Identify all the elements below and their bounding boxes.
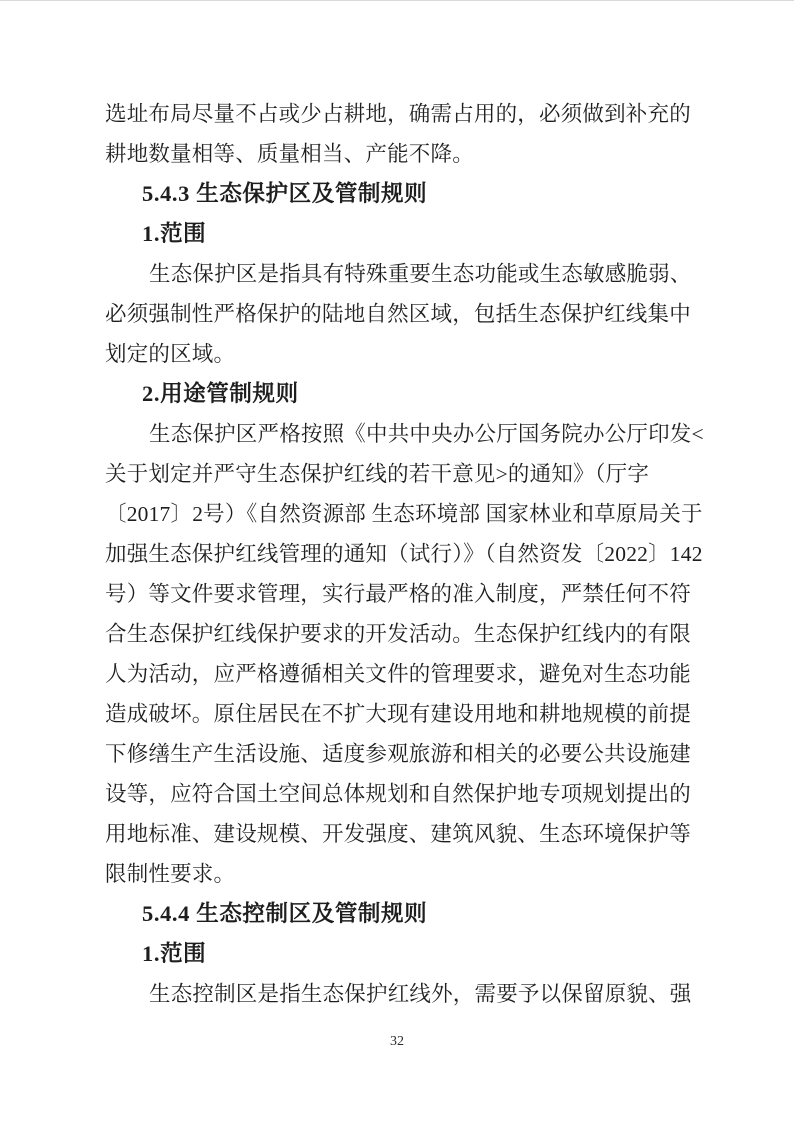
text-line: 限制性要求。 <box>105 854 695 894</box>
document-body: 选址布局尽量不占或少占耕地，确需占用的，必须做到补充的耕地数量相等、质量相当、产… <box>105 94 695 1014</box>
text-line: 用地标准、建设规模、开发强度、建筑风貌、生态环境保护等 <box>105 814 695 854</box>
text-line: 加强生态保护红线管理的通知（试行）》（自然资发〔2022〕142 <box>105 534 695 574</box>
text-line: 划定的区域。 <box>105 334 695 374</box>
section-heading: 2.用途管制规则 <box>105 374 695 414</box>
text-line: 必须强制性严格保护的陆地自然区域，包括生态保护红线集中 <box>105 294 695 334</box>
text-line: 下修缮生产生活设施、适度参观旅游和相关的必要公共设施建 <box>105 734 695 774</box>
section-heading: 5.4.3 生态保护区及管制规则 <box>105 174 695 214</box>
text-line: 选址布局尽量不占或少占耕地，确需占用的，必须做到补充的 <box>105 94 695 134</box>
text-line: 耕地数量相等、质量相当、产能不降。 <box>105 134 695 174</box>
section-heading: 1.范围 <box>105 214 695 254</box>
text-line: 设等，应符合国土空间总体规划和自然保护地专项规划提出的 <box>105 774 695 814</box>
text-line: 号）等文件要求管理，实行最严格的准入制度，严禁任何不符 <box>105 574 695 614</box>
text-line: 生态保护区严格按照《中共中央办公厅国务院办公厅印发< <box>105 414 695 454</box>
text-line: 人为活动，应严格遵循相关文件的管理要求，避免对生态功能 <box>105 654 695 694</box>
text-line: 造成破坏。原住居民在不扩大现有建设用地和耕地规模的前提 <box>105 694 695 734</box>
text-line: 生态控制区是指生态保护红线外，需要予以保留原貌、强 <box>105 974 695 1014</box>
section-heading: 5.4.4 生态控制区及管制规则 <box>105 894 695 934</box>
page-number: 32 <box>0 1033 794 1051</box>
text-line: 关于划定并严守生态保护红线的若干意见>的通知》（厅字 <box>105 454 695 494</box>
text-line: 生态保护区是指具有特殊重要生态功能或生态敏感脆弱、 <box>105 254 695 294</box>
text-line: 合生态保护红线保护要求的开发活动。生态保护红线内的有限 <box>105 614 695 654</box>
text-line: 〔2017〕2号）《自然资源部 生态环境部 国家林业和草原局关于 <box>105 494 695 534</box>
document-page: 选址布局尽量不占或少占耕地，确需占用的，必须做到补充的耕地数量相等、质量相当、产… <box>0 0 794 1122</box>
section-heading: 1.范围 <box>105 934 695 974</box>
